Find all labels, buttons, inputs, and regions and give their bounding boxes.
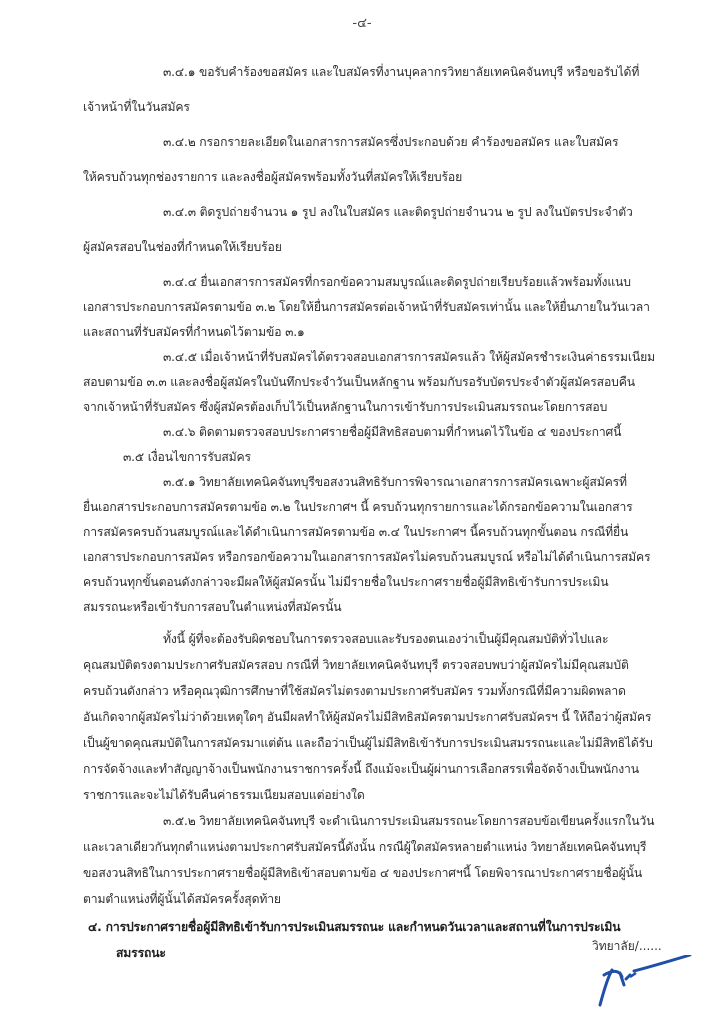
- para-3-4-3-line-1: ๓.๔.๓ ติดรูปถ่ายจำนวน ๑ รูป ลงในใบสมัคร …: [163, 204, 633, 220]
- para-note-line-5: เป็นผู้ขาดคุณสมบัติในการสมัครมาแต่ต้น แล…: [83, 735, 653, 751]
- para-3-5-1-line-6: สมรรถนะหรือเข้ารับการสอบในตำแหน่งที่สมัค…: [83, 599, 341, 615]
- section-4-heading-line-2: สมรรถนะ: [116, 945, 166, 961]
- para-3-4-4-line-2: เอกสารประกอบการสมัครตามข้อ ๓.๒ โดยให้ยื่…: [83, 299, 650, 315]
- para-note-line-2: คุณสมบัติตรงตามประกาศรับสมัครสอบ กรณีที่…: [83, 657, 629, 673]
- para-3-5-1-line-3: การสมัครครบถ้วนสมบูรณ์และได้ดำเนินการสมั…: [83, 524, 628, 540]
- para-3-4-6-line-1: ๓.๔.๖ ติดตามตรวจสอบประกาศรายชื่อผู้มีสิท…: [163, 424, 621, 440]
- para-3-5-1-line-4: เอกสารประกอบการสมัคร หรือกรอกข้อความในเอ…: [83, 549, 650, 565]
- para-3-4-5-line-1: ๓.๔.๕ เมื่อเจ้าหน้าที่รับสมัครได้ตรวจสอบ…: [163, 349, 655, 365]
- para-note-line-6: การจัดจ้างและทำสัญญาจ้างเป็นพนักงานราชกา…: [83, 761, 639, 777]
- para-3-5-2-line-3: ขอสงวนสิทธิในการประกาศรายชื่อผู้มีสิทธิเ…: [83, 865, 642, 881]
- para-note-line-1: ทั้งนี้ ผู้ที่จะต้องรับผิดชอบในการตรวจสอ…: [163, 631, 608, 647]
- page-number: -๔-: [0, 12, 724, 33]
- para-3-4-4-line-3: และสถานที่รับสมัครที่กำหนดไว้ตามข้อ ๓.๑: [83, 324, 305, 340]
- document-page: -๔- ๓.๔.๑ ขอรับคำร้องขอสมัคร และใบสมัครท…: [0, 0, 724, 1024]
- para-3-4-1-line-1: ๓.๔.๑ ขอรับคำร้องขอสมัคร และใบสมัครที่งา…: [163, 64, 639, 80]
- para-3-4-2-line-1: ๓.๔.๒ กรอกรายละเอียดในเอกสารการสมัครซึ่ง…: [163, 134, 618, 150]
- para-3-4-5-line-3: จากเจ้าหน้าที่รับสมัคร ซึ่งผู้สมัครต้องเ…: [83, 399, 607, 415]
- para-3-5-1-line-1: ๓.๕.๑ วิทยาลัยเทคนิคจันทบุรีขอสงวนสิทธิร…: [163, 474, 627, 490]
- para-3-4-4-line-1: ๓.๔.๔ ยื่นเอกสารการสมัครที่กรอกข้อความสม…: [163, 274, 631, 290]
- section-4-heading-line-1: ๔. การประกาศรายชื่อผู้มีสิทธิเข้ารับการป…: [88, 919, 620, 935]
- para-3-5-2-line-4: ตามตำแหน่งที่ผู้นั้นได้สมัครครั้งสุดท้าย: [83, 891, 281, 907]
- para-3-4-2-line-2: ให้ครบถ้วนทุกช่องรายการ และลงชื่อผู้สมัค…: [83, 169, 462, 185]
- para-3-5-1-line-5: ครบถ้วนทุกขั้นตอนดังกล่าวจะมีผลให้ผู้สมั…: [83, 574, 608, 590]
- para-3-5-2-line-1: ๓.๕.๒ วิทยาลัยเทคนิคจันทบุรี จะดำเนินการ…: [163, 813, 654, 829]
- continuation-label: วิทยาลัย/......: [592, 937, 662, 956]
- para-3-4-1-line-2: เจ้าหน้าที่ในวันสมัคร: [83, 99, 190, 115]
- signature-mark-icon: [590, 955, 700, 1015]
- para-3-4-3-line-2: ผู้สมัครสอบในช่องที่กำหนดให้เรียบร้อย: [83, 239, 282, 255]
- para-note-line-3: ครบถ้วนดังกล่าว หรือคุณวุฒิการศึกษาที่ใช…: [83, 683, 626, 699]
- para-3-5-2-line-2: และเวลาเดียวกันทุกตำแหน่งตามประกาศรับสมั…: [83, 839, 646, 855]
- para-3-4-5-line-2: สอบตามข้อ ๓.๓ และลงชื่อผู้สมัครในบันทึกป…: [83, 374, 635, 390]
- para-note-line-7: ราชการและจะไม่ได้รับคืนค่าธรรมเนียมสอบแต…: [83, 787, 365, 803]
- para-note-line-4: อันเกิดจากผู้สมัครไม่ว่าด้วยเหตุใดๆ อันม…: [83, 709, 651, 725]
- section-3-5-title: ๓.๕ เงื่อนไขการรับสมัคร: [123, 449, 251, 465]
- para-3-5-1-line-2: ยื่นเอกสารประกอบการสมัครตามข้อ ๓.๒ ในประ…: [83, 499, 633, 515]
